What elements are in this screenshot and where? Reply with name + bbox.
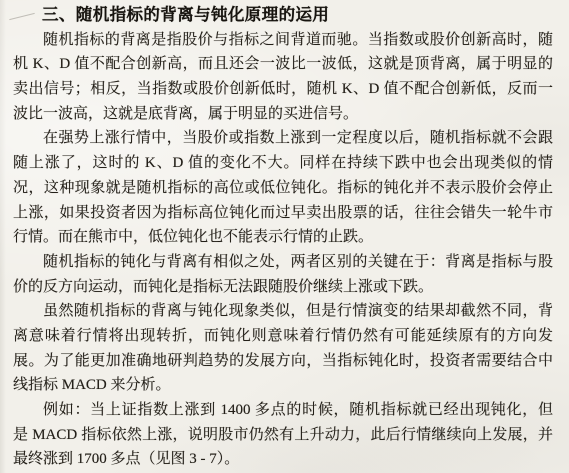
paragraph-1-line: 机 K、D 值不配合创新高，而且还会一波比一波低，这就是顶背离，属于明显的 — [13, 52, 553, 77]
paragraph-2-line: 行情。而在熊市中，低位钝化也不能表示行情的止跌。 — [13, 225, 553, 250]
paragraph-5-line: 是 MACD 指标依然上涨，说明股市仍然有上升动力，此后行情继续向上发展，并 — [13, 423, 553, 448]
paragraph-2-line: 况，这种现象就是随机指标的高位或低位钝化。指标的钝化并不表示股价会停止 — [13, 176, 553, 201]
paragraph-4-line: 展。为了能更加准确地研判趋势的发展方向，当指标钝化时，投资者需要结合中 — [13, 349, 553, 374]
paragraph-4-line: 离意味着行情将出现转折，而钝化则意味着行情仍然有可能延续原有的方向发 — [13, 324, 553, 349]
paragraph-2-line: 在强势上涨行情中，当股价或指数上涨到一定程度以后，随机指标就不会跟 — [13, 126, 553, 151]
paragraph-4-line: 线指标 MACD 来分析。 — [13, 373, 553, 398]
text-block: 三、随机指标的背离与钝化原理的运用 随机指标的背离是指股价与指标之间背道而驰。当… — [0, 0, 569, 472]
paragraph-3-line: 随机指标的钝化与背离有相似之处，两者区别的关键在于：背离是指标与股 — [13, 250, 553, 275]
paragraph-4-line: 虽然随机指标的背离与钝化现象类似，但是行情演变的结果却截然不同，背 — [13, 299, 553, 324]
paragraph-1-line: 卖出信号；相反，当指数或股价创新低时，随机 K、D 值不配合创新低，反而一 — [13, 77, 553, 102]
paragraph-3-line: 价的反方向运动，而钝化是指标无法跟随股价继续上涨或下跌。 — [13, 275, 553, 300]
scanned-book-page: 三、随机指标的背离与钝化原理的运用 随机指标的背离是指股价与指标之间背道而驰。当… — [0, 0, 569, 473]
paragraph-5-line: 最终涨到 1700 多点（见图 3 - 7）。 — [13, 447, 553, 472]
paragraph-5-line: 例如：当上证指数上涨到 1400 多点的时候，随机指标就已经出现钝化，但 — [13, 398, 553, 423]
paragraph-1-line: 波比一波高，这就是底背离，属于明显的买进信号。 — [13, 102, 553, 127]
paragraph-1-line: 随机指标的背离是指股价与指标之间背道而驰。当指数或股价创新高时，随 — [13, 28, 553, 53]
paragraph-2-line: 上涨，如果投资者因为指标高位钝化而过早卖出股票的话，往往会错失一轮牛市 — [13, 201, 553, 226]
section-heading: 三、随机指标的背离与钝化原理的运用 — [13, 3, 553, 28]
paragraph-2-line: 随上涨了，这时的 K、D 值的变化不大。同样在持续下跌中也会出现类似的情 — [13, 151, 553, 176]
